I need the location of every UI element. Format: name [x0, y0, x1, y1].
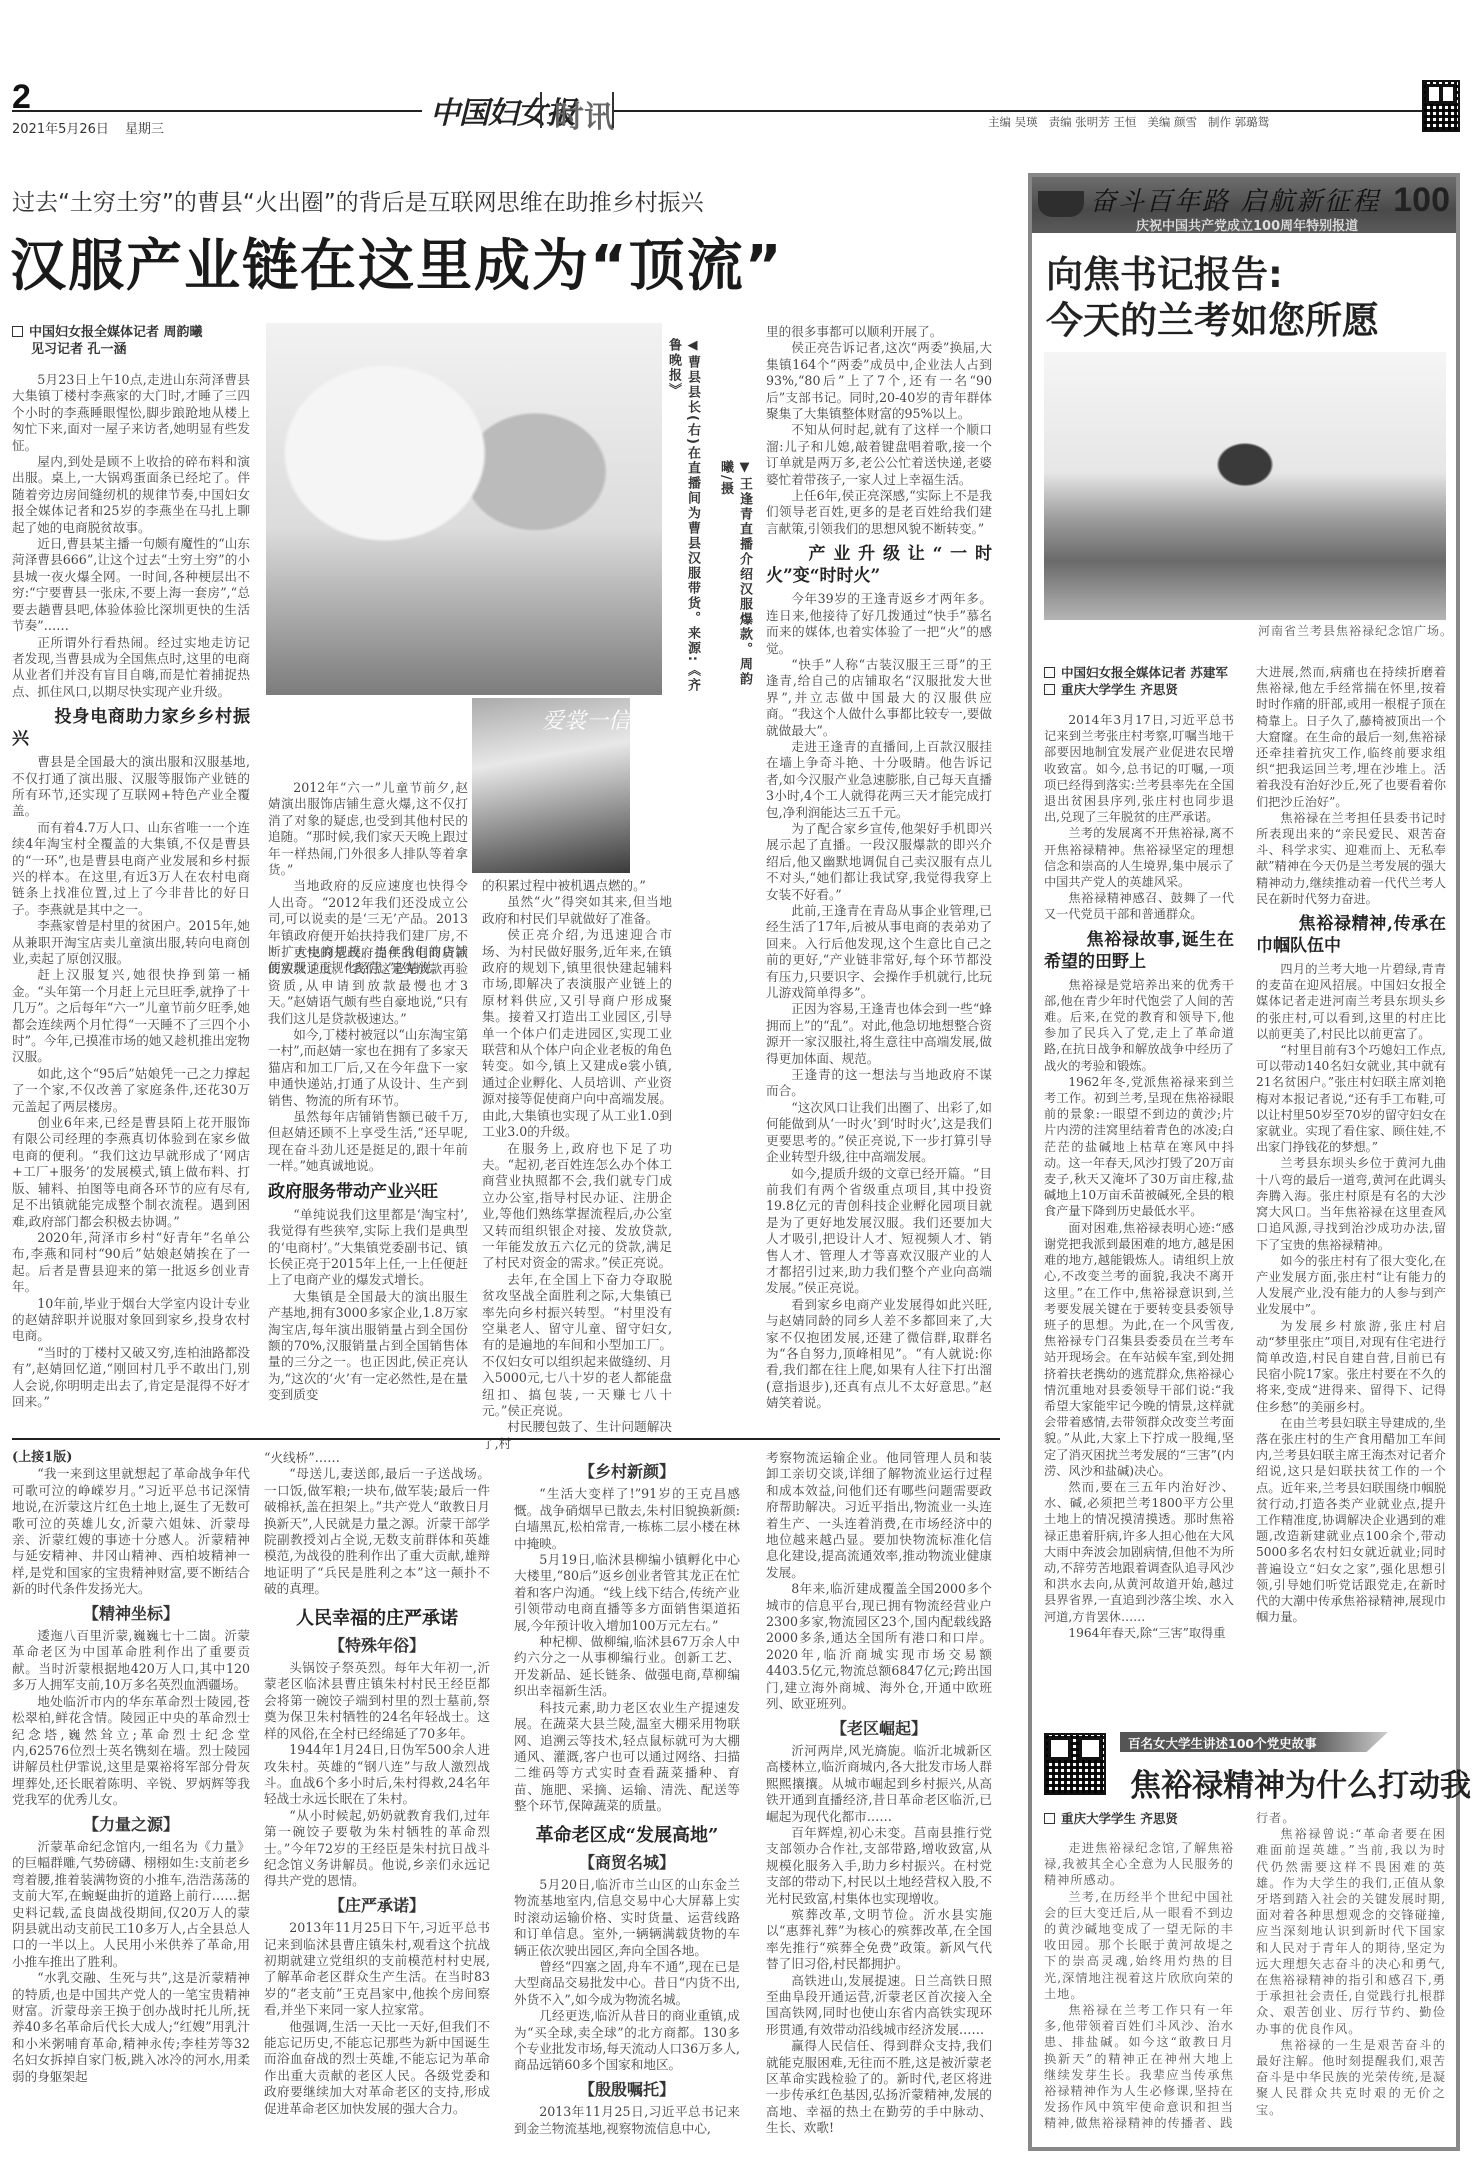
- paragraph: 去年,在全国上下奋力夺取脱贫攻坚战全面胜利之际,大集镇已率先向乡村振兴转型。“村…: [482, 1272, 672, 1420]
- paragraph: 如此,这个“95后”姑娘凭一己之力撑起了一个家,不仅改善了家庭条件,还花30万元…: [12, 1066, 250, 1115]
- paragraph: “水乳交融、生死与共”,这是沂蒙精神的特质,也是中国共产党人的一笔宝贵精神财富。…: [12, 1970, 250, 2085]
- sidebar-col1: 2014年3月17日,习近平总书记来到兰考张庄村考察,叮嘱当地干部要因地制宜发展…: [1044, 712, 1234, 1641]
- centenary-banner: 奋斗百年路 启航新征程 庆祝中国共产党成立100周年特别报道 100: [1032, 177, 1456, 233]
- lead-col2-wide: 更快的是政府提供的电商贷款的放款速度。“我们这是先放款再验资质,从申请到放款最慢…: [268, 945, 468, 1404]
- paragraph: 赶上汉服复兴,她很快挣到第一桶金。“头年第一个月赶上元旦旺季,就挣了十几万”。之…: [12, 967, 250, 1065]
- paragraph: 兰考的发展离不开焦裕禄,离不开焦裕禄精神。焦裕禄坚定的理想信念和崇高的人生境界,…: [1044, 825, 1234, 890]
- byline-reporter: 中国妇女报全媒体记者 周韵曦: [12, 324, 242, 341]
- article-headline: 汉服产业链在这里成为“顶流”: [10, 222, 784, 302]
- story-col2: 行者。 焦裕禄曾说:“革命者要在困难面前逞英雄。”当前,我以为时代仍然需要这样不…: [1256, 1810, 1446, 2118]
- series-label: 百名女大学生讲述100个党史故事: [1120, 1732, 1388, 1752]
- paragraph: “生活大变样了!”91岁的王克昌感慨。战争硝烟早已散去,朱村旧貌换新颜:白墙黑瓦…: [514, 1486, 740, 1552]
- section-name: 时讯: [554, 92, 614, 136]
- paragraph: 四月的兰考大地一片碧绿,青青的麦苗在迎风招展。中国妇女报全媒体记者走进河南兰考县…: [1256, 961, 1446, 1042]
- paragraph: 正因为容易,王逢青也体会到一些“蜂拥而上”的“乱”。对此,他急切地想整合资源开一…: [766, 1001, 992, 1067]
- paragraph: 焦裕禄的一生是艰苦奋斗的最好注解。他时刻提醒我们,艰苦奋斗是中华民族的光荣传统,…: [1256, 2037, 1446, 2118]
- paragraph: 逶迤八百里沂蒙,巍巍七十二崮。沂蒙革命老区为中国革命胜利作出了重要贡献。当时沂蒙…: [12, 1628, 250, 1694]
- paragraph: “单纯说我们这里都是‘淘宝村’,我觉得有些狭窄,实际上我们是典型的‘电商村’。”…: [268, 1207, 468, 1289]
- paragraph: 焦裕禄曾说:“革命者要在困难面前逞英雄。”当前,我以为时代仍然需要这样不畏困难的…: [1256, 1826, 1446, 2037]
- paragraph: 此前,王逢青在青岛从事企业管理,已经生活了17年,后被从事电商的表弟劝了回来。入…: [766, 903, 992, 1001]
- paragraph: “村里目前有3个巧媳妇工作点,可以带动140名妇女就业,其中就有21名贫困户。”…: [1256, 1042, 1446, 1155]
- centenary-badge: 100: [1393, 181, 1450, 220]
- bracket-heading: 【殷殷嘱托】: [514, 2082, 740, 2098]
- photo-hanfu-livestream: [266, 323, 662, 695]
- story-headline: 焦裕禄精神为什么打动我: [1130, 1760, 1471, 1805]
- paragraph: 兰考,在历经半个世纪中国社会的巨大变迁后,从一眼看不到边的黄沙碱地变成了一望无际…: [1044, 1889, 1234, 2002]
- paragraph: 不知从何时起,就有了这样一个顺口溜:儿子和儿媳,敲着键盘唱着歌,接一个订单就是两…: [766, 422, 992, 488]
- paragraph: 种杞柳、做柳编,临沭县67万余人中约六分之一从事柳编行业。创新工艺、开发新品、延…: [514, 1634, 740, 1700]
- paragraph: 沂蒙革命纪念馆内,一组名为《力量》的巨幅群雕,气势磅礴、栩栩如生:支前老乡弯着腰…: [12, 1839, 250, 1970]
- paragraph: 上任6年,侯正亮深感,“实际上不是我们领导老百姓,更多的是老百姓给我们建言献策,…: [766, 488, 992, 537]
- paragraph: 为了配合家乡宣传,他架好手机即兴展示起了直播。一段汉服爆款的即兴介绍后,他又幽默…: [766, 821, 992, 903]
- paragraph: 李燕家曾是村里的贫困户。2015年,她从兼职开淘宝店卖儿童演出服,转向电商创业,…: [12, 918, 250, 967]
- bracket-heading: 【特殊年俗】: [264, 1638, 490, 1654]
- subheading: 投身电商助力家乡乡村振兴: [12, 706, 250, 750]
- bracket-heading: 【力量之源】: [12, 1817, 250, 1833]
- byline-reporter: 中国妇女报全媒体记者 苏建军: [1044, 664, 1244, 681]
- paragraph: 曹县是全国最大的演出服和汉服基地,不仅打通了演出服、汉服等服饰产业链的所有环节,…: [12, 754, 250, 820]
- paragraph: 大进展,然而,病痛也在持续折磨着焦裕禄,他左手经常揣在怀里,按着时时作痛的肝部,…: [1256, 664, 1446, 810]
- lead-col3: 的积累过程中被机遇点燃的。” 虽然“火”得突如其来,但当地政府和村民们早就做好了…: [482, 878, 672, 1452]
- paragraph: 更快的是政府提供的电商贷款的放款速度。“我们这是先放款再验资质,从申请到放款最慢…: [268, 945, 468, 1027]
- weekday-text: 星期三: [125, 122, 164, 137]
- paragraph: 而有着4.7万人口、山东省唯一一个连续4年淘宝村全覆盖的大集镇,不仅是曹县的“一…: [12, 820, 250, 918]
- photo-jiao-yulu-memorial: [1044, 352, 1446, 620]
- headline-line-1: 向焦书记报告:: [1046, 252, 1379, 298]
- photo-sign-text: 爱裳一信: [542, 704, 630, 735]
- story-qr-code-icon[interactable]: [1044, 1733, 1106, 1795]
- paragraph: 焦裕禄精神感召、鼓舞了一代又一代党员干部和普通群众。: [1044, 890, 1234, 922]
- byline-intern: 见习记者 孔一涵: [12, 341, 242, 358]
- bracket-heading: 【乡村新颜】: [514, 1464, 740, 1480]
- photo-caption-wang: ▼王逢青直播介绍汉服爆款。周韵曦/摄: [716, 460, 754, 700]
- headline-line-2: 今天的兰考如您所愿: [1046, 298, 1379, 344]
- photo-caption-county-head: ◀曹县县长(右)在直播间为曹县汉服带货。来源:《齐鲁晚报》: [664, 338, 702, 698]
- boat-icon: [1038, 191, 1084, 217]
- bracket-heading: 【老区崛起】: [766, 1721, 992, 1737]
- banner-subtitle: 庆祝中国共产党成立100周年特别报道: [1136, 215, 1358, 234]
- paragraph: 殡葬改革,文明节俭。沂水县实施以“惠葬礼葬”为核心的殡葬改革,在全国率先推行“殡…: [766, 1907, 992, 1973]
- paragraph: “这次风口让我们出圈了、出彩了,如何能做到从‘一时火’到‘时时火’,这是我们更要…: [766, 1100, 992, 1166]
- masthead-rule-right: [614, 110, 1424, 112]
- paragraph: “从小时候起,奶奶就教育我们,过年第一碗饺子要敬为朱村牺牲的革命烈士。”今年72…: [264, 1808, 490, 1890]
- sidebar-headline: 向焦书记报告: 今天的兰考如您所愿: [1046, 252, 1379, 344]
- subheading: 产业升级让“一时火”变“时时火”: [766, 543, 992, 587]
- paragraph: 8年来,临沂建成覆盖全国2000多个城市的信息平台,现已拥有物流经营业户2300…: [766, 1581, 992, 1712]
- editor-credits: 主编 吴瑛 责编 张明芳 王恒 美编 颜雪 制作 郭璐鸳: [988, 114, 1269, 130]
- bracket-heading: 【精神坐标】: [12, 1606, 250, 1622]
- paragraph: 他强调,生活一天比一天好,但我们不能忘记历史,不能忘记那些为新中国诞生而浴血奋战…: [264, 2019, 490, 2117]
- bottom-col4: 考察物流运输企业。他同管理人员和装卸工亲切交谈,详细了解物流业运行过程和成本效益…: [766, 1450, 992, 2137]
- paragraph: 沂河两岸,风光旖旎。临沂北城新区高楼林立,临沂商城内,各大批发市场人群熙熙攘攘。…: [766, 1743, 992, 1825]
- paragraph: 焦裕禄在兰考担任县委书记时所表现出来的“亲民爱民、艰苦奋斗、科学求实、迎难而上、…: [1256, 810, 1446, 907]
- paragraph: 虽然“火”得突如其来,但当地政府和村民们早就做好了准备。: [482, 894, 672, 927]
- paragraph: 走进王逢青的直播间,上百款汉服挂在墙上争奇斗艳、十分吸睛。他告诉记者,如今汉服产…: [766, 739, 992, 821]
- article-kicker: 过去“土穷土穷”的曹县“火出圈”的背后是互联网思维在助推乡村振兴: [12, 184, 704, 217]
- paragraph: 科技元素,助力老区农业生产提速发展。在蔬菜大县兰陵,温室大棚采用物联网、追溯云等…: [514, 1700, 740, 1815]
- paragraph: 在由兰考县妇联主导建成的,坐落在张庄村的生产食用醋加工车间内,兰考县妇联主席王海…: [1256, 1415, 1446, 1626]
- box-bullet-icon: [1044, 667, 1055, 678]
- paragraph: 5月23日上午10点,走进山东菏泽曹县大集镇丁楼村李燕家的大门时,才睡了三四个小…: [12, 372, 250, 454]
- paragraph: 里的很多事都可以顺利开展了。: [766, 324, 992, 340]
- byline-student: 重庆大学学生 齐思贤: [1044, 681, 1244, 698]
- bottom-col2: “火线桥”…… “母送儿,妻送郎,最后一子送战场。一口饭,做军粮;一块布,做军装…: [264, 1450, 490, 2117]
- bracket-heading: 【庄严承诺】: [264, 1898, 490, 1914]
- paragraph: 曾经“四塞之固,舟车不通”,现在已是大型商品交易批发中心。昔日“内货不出,外货不…: [514, 1959, 740, 2008]
- bottom-col3: 【乡村新颜】 “生活大变样了!”91岁的王克昌感慨。战争硝烟早已散去,朱村旧貌换…: [514, 1450, 740, 2137]
- paragraph: 屋内,到处是顾不上收拾的碎布料和演出服。桌上,一大锅鸡蛋面条已经坨了。伴随着旁边…: [12, 454, 250, 536]
- paragraph: 正所谓外行看热闹。经过实地走访记者发现,当曹县成为全国焦点时,这里的电商从业者们…: [12, 635, 250, 701]
- paragraph: 高铁进山,发展提速。日兰高铁日照至曲阜段开通运营,沂蒙老区首次接入全国高铁网,同…: [766, 1973, 992, 2039]
- paragraph: 走进焦裕禄纪念馆,了解焦裕禄,我被其全心全意为人民服务的精神所感动。: [1044, 1840, 1234, 1889]
- paragraph: 赢得人民信任、得到群众支持,我们就能克服困难,无往而不胜,这是被沂蒙老区革命实践…: [766, 2038, 992, 2136]
- paragraph: 考察物流运输企业。他同管理人员和装卸工亲切交谈,详细了解物流业运行过程和成本效益…: [766, 1450, 992, 1581]
- paragraph: 如今,提质升级的文章已经开篇。“目前我们有两个省级重点项目,其中投资19.8亿元…: [766, 1166, 992, 1297]
- paragraph: 2012年“六一”儿童节前夕,赵婧演出服饰店铺生意火爆,这不仅打消了对象的疑虑,…: [268, 780, 468, 878]
- paragraph: 然而,要在三五年内治好沙、水、碱,必须把兰考1800平方公里土地上的情况摸清摸透…: [1044, 1479, 1234, 1625]
- paragraph: 侯正亮介绍,为迅速迎合市场、为村民做好服务,近年来,在镇政府的规划下,镇里很快建…: [482, 927, 672, 1140]
- sidebar-col2: 大进展,然而,病痛也在持续折磨着焦裕禄,他左手经常揣在怀里,按着时时作痛的肝部,…: [1256, 664, 1446, 1625]
- subheading: 焦裕禄精神,传承在巾帼队伍中: [1256, 913, 1446, 957]
- paragraph: 王逢青的这一想法与当地政府不谋而合。: [766, 1067, 992, 1100]
- section-heading: 人民幸福的庄严承诺: [264, 1608, 490, 1630]
- lead-col1: 5月23日上午10点,走进山东菏泽曹县大集镇丁楼村李燕家的大门时,才睡了三四个小…: [12, 372, 250, 1410]
- masthead-rule-left: [12, 110, 422, 112]
- paragraph: 头锅饺子祭英烈。每年大年初一,沂蒙老区临沭县曹庄镇朱村村民王经臣都会将第一碗饺子…: [264, 1660, 490, 1742]
- date-text: 2021年5月26日: [12, 122, 109, 137]
- paragraph: 如今的张庄村有了很大变化,在产业发展方面,张庄村“让有能力的人发展产业,没有能力…: [1256, 1253, 1446, 1318]
- sidebar-byline: 中国妇女报全媒体记者 苏建军 重庆大学学生 齐思贤: [1044, 664, 1244, 698]
- paragraph: “我一来到这里就想起了革命战争年代可歌可泣的峥嵘岁月。”习近平总书记深情地说,在…: [12, 1466, 250, 1597]
- paragraph: 虽然每年店铺销售额已破千万,但赵婧还顾不上享受生活,“还早呢,现在奋斗劲儿还是挺…: [268, 1109, 468, 1175]
- paragraph: “快手”人称“古装汉服王三哥”的王逢青,给自己的店铺取名“汉服批发大世界”,并立…: [766, 657, 992, 739]
- box-bullet-icon: [12, 326, 23, 337]
- paragraph: 行者。: [1256, 1810, 1446, 1826]
- lead-byline: 中国妇女报全媒体记者 周韵曦 见习记者 孔一涵: [12, 324, 242, 358]
- subheading: 政府服务带动产业兴旺: [268, 1181, 468, 1203]
- paragraph: 百年辉煌,初心未变。莒南县推行党支部领办合作社,支部带路,增收致富,从规模化服务…: [766, 1825, 992, 1907]
- paragraph: 的积累过程中被机遇点燃的。”: [482, 878, 672, 894]
- section-divider-rule: [12, 1438, 1000, 1440]
- paragraph: 5月19日,临沭县柳编小镇孵化中心大楼里,“80后”返乡创业者管其龙正在忙着和客…: [514, 1552, 740, 1634]
- paragraph: “当时的丁楼村又破又穷,连柏油路都没有”,赵婧回忆道,“刚回村几乎不敢出门,别人…: [12, 1345, 250, 1411]
- paragraph: 焦裕禄在兰考工作只有一年多,他带领着百姓们斗风沙、治水患、排盐碱。如今这“敢教日…: [1044, 2002, 1234, 2132]
- paragraph: 2013年11月25日,习近平总书记来到金兰物流基地,视察物流信息中心,: [514, 2104, 740, 2137]
- bracket-heading: 【商贸名城】: [514, 1855, 740, 1871]
- qr-code-icon[interactable]: [1422, 80, 1460, 132]
- paragraph: 兰考县东坝头乡位于黄河九曲十八弯的最后一道弯,黄河在此调头奔腾入海。张庄村原是有…: [1256, 1155, 1446, 1252]
- section-heading: 革命老区成“发展高地”: [514, 1825, 740, 1847]
- bottom-col1: (上接1版) “我一来到这里就想起了革命战争年代可歌可泣的峥嵘岁月。”习近平总书…: [12, 1450, 250, 2085]
- paragraph: “火线桥”……: [264, 1450, 490, 1466]
- paragraph: 地处临沂市内的华东革命烈士陵园,苍松翠柏,鲜花含情。陵园正中央的革命烈士纪念塔,…: [12, 1694, 250, 1809]
- paragraph: 侯正亮告诉记者,这次“两委”换届,大集镇164个“两委”成员中,企业法人占到93…: [766, 340, 992, 422]
- continued-label: (上接1版): [12, 1450, 250, 1466]
- lead-col4: 里的很多事都可以顺利开展了。 侯正亮告诉记者,这次“两委”换届,大集镇164个“…: [766, 324, 992, 1412]
- section-divider: [540, 92, 542, 128]
- subheading: 焦裕禄故事,诞生在希望的田野上: [1044, 929, 1234, 973]
- paragraph: 5月20日,临沂市兰山区的山东金兰物流基地室内,信息交易中心大屏幕上实时滚动运输…: [514, 1877, 740, 1959]
- story-byline: 重庆大学学生 齐思贤: [1044, 1810, 1178, 1827]
- paragraph: 几经更迭,临沂从昔日的商业重镇,成为“买全球,卖全球”的北方商都。130多个专业…: [514, 2008, 740, 2074]
- paragraph: 10年前,毕业于烟台大学室内设计专业的赵婧辞职并说服对象回到家乡,投身农村电商。: [12, 1296, 250, 1345]
- paragraph: 1962年冬,党派焦裕禄来到兰考工作。初到兰考,呈现在焦裕禄眼前的景象:一眼望不…: [1044, 1074, 1234, 1220]
- issue-date: 2021年5月26日 星期三: [12, 118, 164, 137]
- story-col1: 走进焦裕禄纪念馆,了解焦裕禄,我被其全心全意为人民服务的精神所感动。 兰考,在历…: [1044, 1840, 1234, 2132]
- box-bullet-icon: [1044, 684, 1055, 695]
- paragraph: 在服务上,政府也下足了功夫。“起初,老百姓连怎么办个体工商营业执照都不会,我们就…: [482, 1141, 672, 1272]
- paragraph: 村民腰包鼓了、生计问题解决了,村: [482, 1419, 672, 1452]
- paragraph: 近日,曹县某主播一句颇有魔性的“山东菏泽曹县666”,让这个过去“土穷土穷”的小…: [12, 536, 250, 634]
- paragraph: 创业6年来,已经是曹县陌上花开服饰有限公司经理的李燕真切体验到在家乡做电商的便利…: [12, 1115, 250, 1230]
- paragraph: 如今,丁楼村被冠以“山东淘宝第一村”,而赵婧一家也在拥有了多家天猫店和加工厂后,…: [268, 1027, 468, 1109]
- paragraph: 2013年11月25日下午,习近平总书记来到临沭县曹庄镇朱村,观看这个抗战初期就…: [264, 1920, 490, 2018]
- paragraph: 大集镇是全国最大的演出服生产基地,拥有3000多家企业,1.8万家淘宝店,每年演…: [268, 1289, 468, 1404]
- paragraph: 2020年,菏泽市乡村“好青年”名单公布,李燕和同村“90后”姑娘赵婧挨在了一起…: [12, 1230, 250, 1296]
- paragraph: 为发展乡村旅游,张庄村启动“梦里张庄”项目,对现有住宅进行简单改造,村民自建自营…: [1256, 1318, 1446, 1415]
- photo-wang-fengqing: 爱裳一信: [472, 698, 630, 873]
- banner-title: 奋斗百年路 启航新征程: [1090, 181, 1380, 218]
- paragraph: 看到家乡电商产业发展得如此兴旺,与赵婧同龄的同乡人差不多都回来了,大家不仅抱团发…: [766, 1297, 992, 1412]
- paragraph: 焦裕禄是党培养出来的优秀干部,他在青少年时代饱尝了人间的苦难。后来,在党的教育和…: [1044, 977, 1234, 1074]
- box-bullet-icon: [1044, 1813, 1055, 1824]
- photo-caption: 河南省兰考县焦裕禄纪念馆广场。: [1258, 622, 1453, 639]
- paragraph: 2014年3月17日,习近平总书记来到兰考张庄村考察,叮嘱当地干部要因地制宜发展…: [1044, 712, 1234, 825]
- paragraph: 1964年春天,除“三害”取得重: [1044, 1625, 1234, 1641]
- paragraph: 1944年1月24日,日伪军500余人进攻朱村。英雄的“钢八连”与敌人激烈战斗。…: [264, 1742, 490, 1808]
- paragraph: 面对困难,焦裕禄表明心迹:“感谢党把我派到最困难的地方,越是困难的地方,越能锻炼…: [1044, 1220, 1234, 1479]
- paragraph: 今年39岁的王逢青返乡才两年多。连日来,他接待了好几拨通过“快手”慕名而来的媒体…: [766, 591, 992, 657]
- paragraph: “母送儿,妻送郎,最后一子送战场。一口饭,做军粮;一块布,做军装;最后一件破棉袄…: [264, 1466, 490, 1597]
